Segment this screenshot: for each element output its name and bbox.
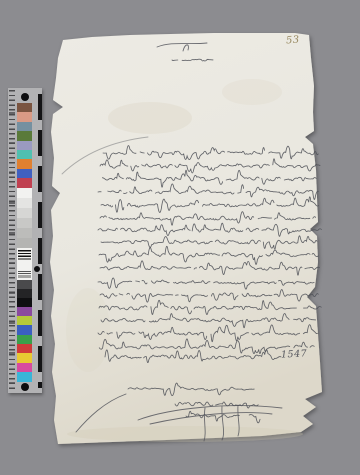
registration-dot-bottom bbox=[21, 383, 29, 391]
photograph-stage: 53 1547 bbox=[0, 0, 360, 475]
barcode-lines bbox=[18, 250, 31, 260]
folio-number: 53 bbox=[286, 35, 300, 47]
target-patch bbox=[17, 325, 32, 334]
target-patch bbox=[17, 150, 32, 159]
paper-stain bbox=[222, 79, 282, 105]
target-patch bbox=[17, 307, 32, 316]
target-barcode-label bbox=[17, 248, 32, 280]
ruler-tick-marks bbox=[9, 90, 15, 390]
target-patch bbox=[17, 131, 32, 140]
target-patch bbox=[17, 198, 32, 208]
registration-dot-mid bbox=[34, 266, 40, 272]
target-patch bbox=[17, 363, 32, 372]
target-patch bbox=[17, 218, 32, 228]
target-patch bbox=[17, 344, 32, 353]
target-patch bbox=[17, 353, 32, 362]
year-1547: 1547 bbox=[281, 348, 308, 360]
target-patch bbox=[17, 178, 32, 187]
target-patch bbox=[17, 122, 32, 131]
strip-patch-column bbox=[17, 92, 32, 393]
target-patch bbox=[17, 169, 32, 178]
paper-stain bbox=[67, 426, 303, 442]
registration-dot-top bbox=[21, 93, 29, 101]
target-patch bbox=[17, 208, 32, 218]
target-patch bbox=[17, 280, 32, 289]
target-patch bbox=[17, 228, 32, 238]
barcode-text bbox=[18, 271, 31, 278]
target-patch bbox=[17, 188, 32, 198]
target-patch bbox=[17, 238, 32, 248]
target-patch bbox=[17, 159, 32, 168]
strip-black-dashes bbox=[38, 94, 42, 388]
target-patch bbox=[17, 112, 32, 121]
target-patch bbox=[17, 103, 32, 112]
target-patch bbox=[17, 316, 32, 325]
paper-stain bbox=[66, 288, 110, 372]
target-patch bbox=[17, 335, 32, 344]
target-patch bbox=[17, 289, 32, 298]
paper-stain bbox=[108, 102, 192, 134]
target-patch bbox=[17, 298, 32, 307]
target-patch bbox=[17, 372, 32, 381]
manuscript-paper-svg bbox=[0, 0, 360, 475]
color-calibration-strip bbox=[8, 88, 42, 393]
target-patch bbox=[17, 141, 32, 150]
